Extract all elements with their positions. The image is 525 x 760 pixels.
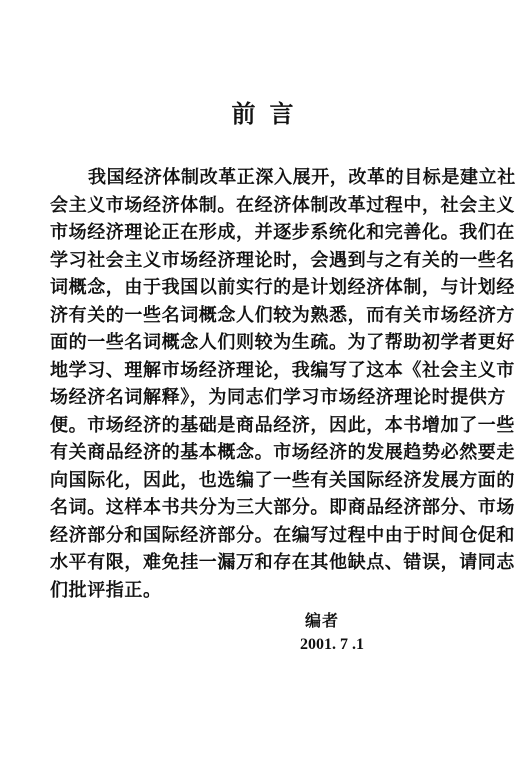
- text-line: 有关商品经济的基本概念。市场经济的发展趋势必然要走: [50, 439, 454, 467]
- page-title: 前言: [0, 100, 525, 128]
- text-line: 面的一些名词概念人们则较为生疏。为了帮助初学者更好: [50, 329, 454, 357]
- text-line: 会主义市场经济体制。在经济体制改革过程中，社会主义: [50, 192, 454, 220]
- text-line: 济有关的一些名词概念人们较为熟悉，而有关市场经济方: [50, 302, 454, 330]
- text-line: 学习社会主义市场经济理论时，会遇到与之有关的一些名: [50, 247, 454, 275]
- text-line: 我国经济体制改革正深入展开，改革的目标是建立社: [50, 164, 454, 192]
- text-line: 地学习、理解市场经济理论，我编写了这本《社会主义市: [50, 357, 454, 385]
- text-line: 向国际化，因此，也选编了一些有关国际经济发展方面的: [50, 467, 454, 495]
- preface-paragraph: 我国经济体制改革正深入展开，改革的目标是建立社 会主义市场经济体制。在经济体制改…: [50, 164, 454, 604]
- text-line: 便。市场经济的基础是商品经济，因此，本书增加了一些: [50, 412, 454, 440]
- text-line: 经济部分和国际经济部分。在编写过程中由于时间仓促和: [50, 522, 454, 550]
- text-line: 们批评指正。: [50, 577, 454, 605]
- document-page: 前言 我国经济体制改革正深入展开，改革的目标是建立社 会主义市场经济体制。在经济…: [0, 0, 525, 760]
- text-line: 市场经济理论正在形成，并逐步系统化和完善化。我们在: [50, 219, 454, 247]
- text-line: 词概念，由于我国以前实行的是计划经济体制，与计划经: [50, 274, 454, 302]
- text-line: 场经济名词解释》，为同志们学习市场经济理论时提供方: [50, 384, 454, 412]
- signature-author: 编者: [305, 610, 364, 632]
- text-line: 水平有限，难免挂一漏万和存在其他缺点、错误，请同志: [50, 549, 454, 577]
- text-line: 名词。这样本书共分为三大部分。即商品经济部分、市场: [50, 494, 454, 522]
- signature-block: 编者 2001. 7 .1: [300, 610, 364, 656]
- signature-date: 2001. 7 .1: [300, 634, 364, 656]
